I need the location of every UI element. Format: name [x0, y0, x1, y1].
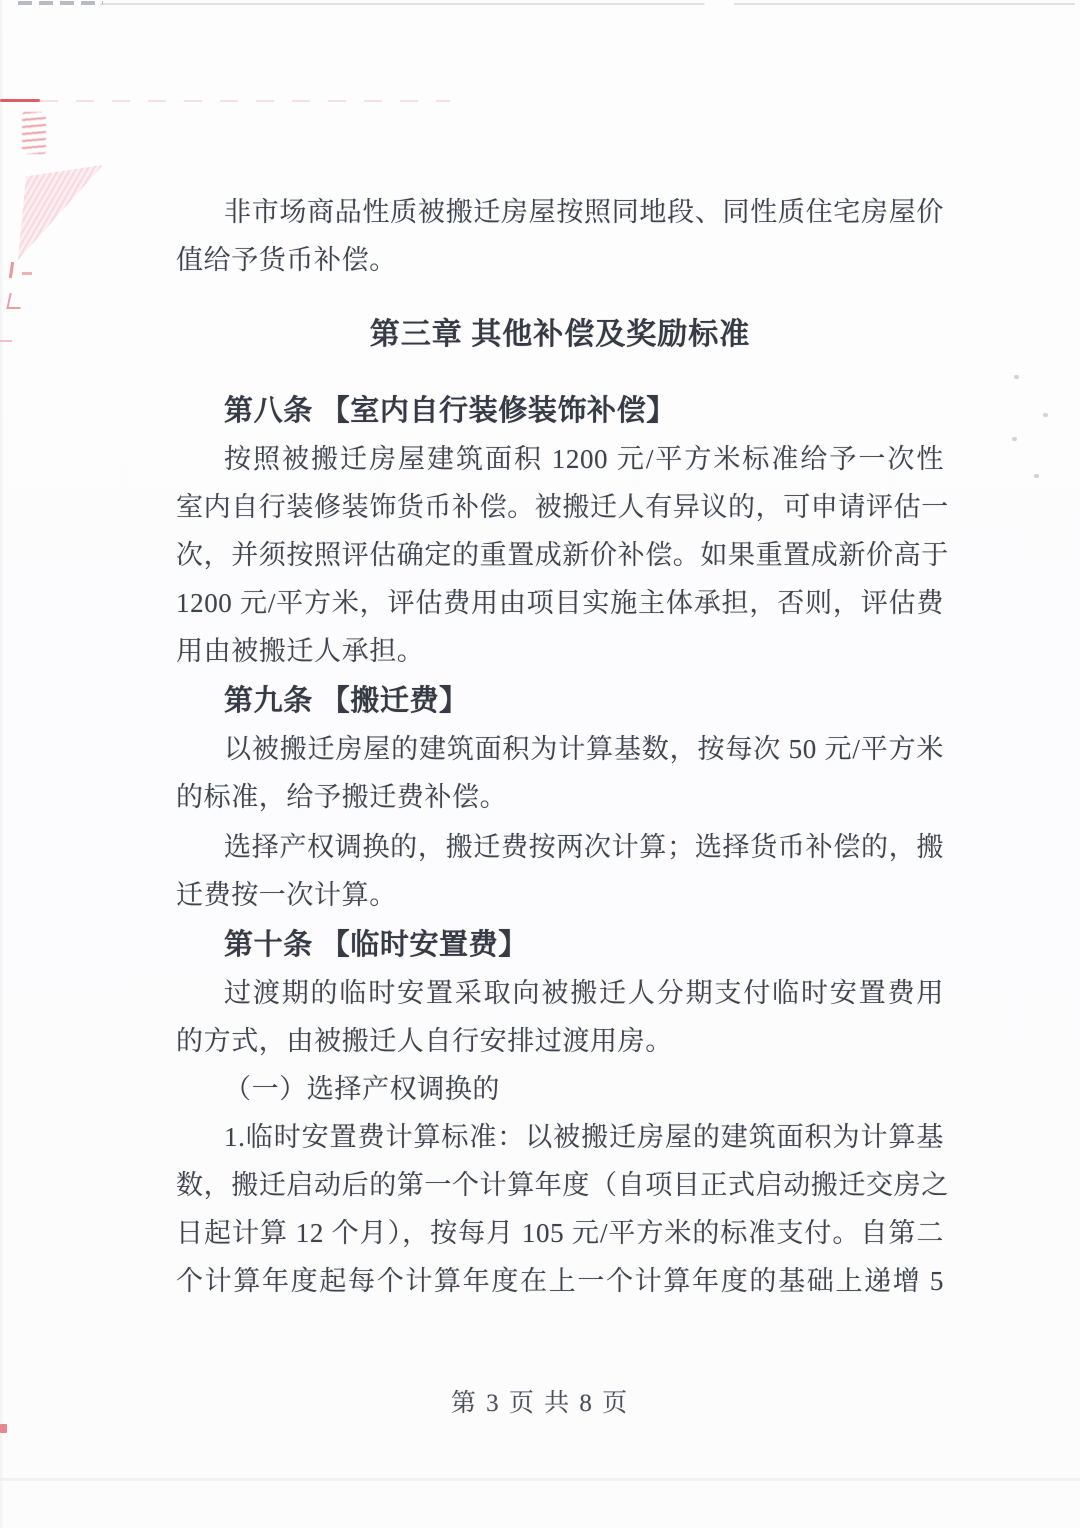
chapter-3-heading: 第三章 其他补偿及奖励标准	[176, 311, 944, 359]
article-10-body-line: 过渡期的临时安置采取向被搬迁人分期支付临时安置费用	[176, 969, 944, 1017]
article-8-body-line: 1200 元/平方米，评估费用由项目实施主体承担，否则，评估费	[176, 579, 944, 627]
article-10-heading: 第十条 【临时安置费】	[176, 921, 944, 969]
article-9-body-line: 迁费按一次计算。	[176, 871, 944, 919]
red-tick-mark	[6, 293, 23, 309]
intro-paragraph-line: 值给予货币补偿。	[176, 236, 944, 284]
article-8-body-line: 按照被搬迁房屋建筑面积 1200 元/平方米标准给予一次性	[176, 435, 944, 483]
gray-speck	[1034, 474, 1039, 478]
pink-stamp-smudge-left	[8, 165, 108, 260]
article-9-body-line: 选择产权调换的，搬迁费按两次计算；选择货币补偿的，搬	[176, 823, 944, 871]
article-8-body-line: 室内自行装修装饰货币补偿。被搬迁人有异议的，可申请评估一	[176, 483, 944, 531]
article-9-heading: 第九条 【搬迁费】	[176, 677, 944, 725]
left-edge-shade	[0, 0, 4, 1528]
red-tick-mark	[9, 262, 14, 278]
red-ink-line-faint	[40, 100, 450, 102]
red-ink-line-left	[0, 99, 40, 102]
article-10-body-line: 1.临时安置费计算标准：以被搬迁房屋的建筑面积为计算基	[176, 1113, 944, 1161]
top-edge-scan-line-faint	[100, 3, 1075, 5]
red-dash-mark	[0, 340, 12, 342]
bottom-scan-band	[0, 1478, 1080, 1481]
article-10-body-line: 数，搬迁启动后的第一个计算年度（自项目正式启动搬迁交房之	[176, 1161, 944, 1209]
page-number-footer: 第 3 页 共 8 页	[0, 1386, 1080, 1422]
article-8-body-line: 次，并须按照评估确定的重置成新价补偿。如果重置成新价高于	[176, 531, 944, 579]
article-10-body-line: 的方式，由被搬迁人自行安排过渡用房。	[176, 1017, 944, 1065]
red-ink-scribble-left	[22, 112, 46, 154]
intro-paragraph-line: 非市场商品性质被搬迁房屋按照同地段、同性质住宅房屋价	[176, 188, 944, 236]
gray-speck	[1012, 437, 1017, 441]
article-9-body-line: 的标准，给予搬迁费补偿。	[176, 773, 944, 821]
red-dot-bottom-left	[0, 1424, 7, 1433]
article-8-heading: 第八条 【室内自行装修装饰补偿】	[176, 387, 944, 435]
article-10-item-1-heading: （一）选择产权调换的	[176, 1065, 944, 1113]
article-9-body-line: 以被搬迁房屋的建筑面积为计算基数，按每次 50 元/平方米	[176, 725, 944, 773]
scanned-document-page: 非市场商品性质被搬迁房屋按照同地段、同性质住宅房屋价 值给予货币补偿。 第三章 …	[0, 0, 1080, 1528]
article-10-body-line: 个计算年度起每个计算年度在上一个计算年度的基础上递增 5	[176, 1257, 944, 1305]
gray-speck	[1043, 413, 1048, 417]
document-body: 非市场商品性质被搬迁房屋按照同地段、同性质住宅房屋价 值给予货币补偿。 第三章 …	[176, 188, 944, 1305]
top-edge-scan-line-dark	[18, 1, 103, 5]
gray-speck	[1014, 375, 1019, 379]
article-8-body-line: 用由被搬迁人承担。	[176, 627, 944, 675]
article-10-body-line: 日起计算 12 个月），按每月 105 元/平方米的标准支付。自第二	[176, 1209, 944, 1257]
red-tick-mark	[22, 272, 32, 275]
